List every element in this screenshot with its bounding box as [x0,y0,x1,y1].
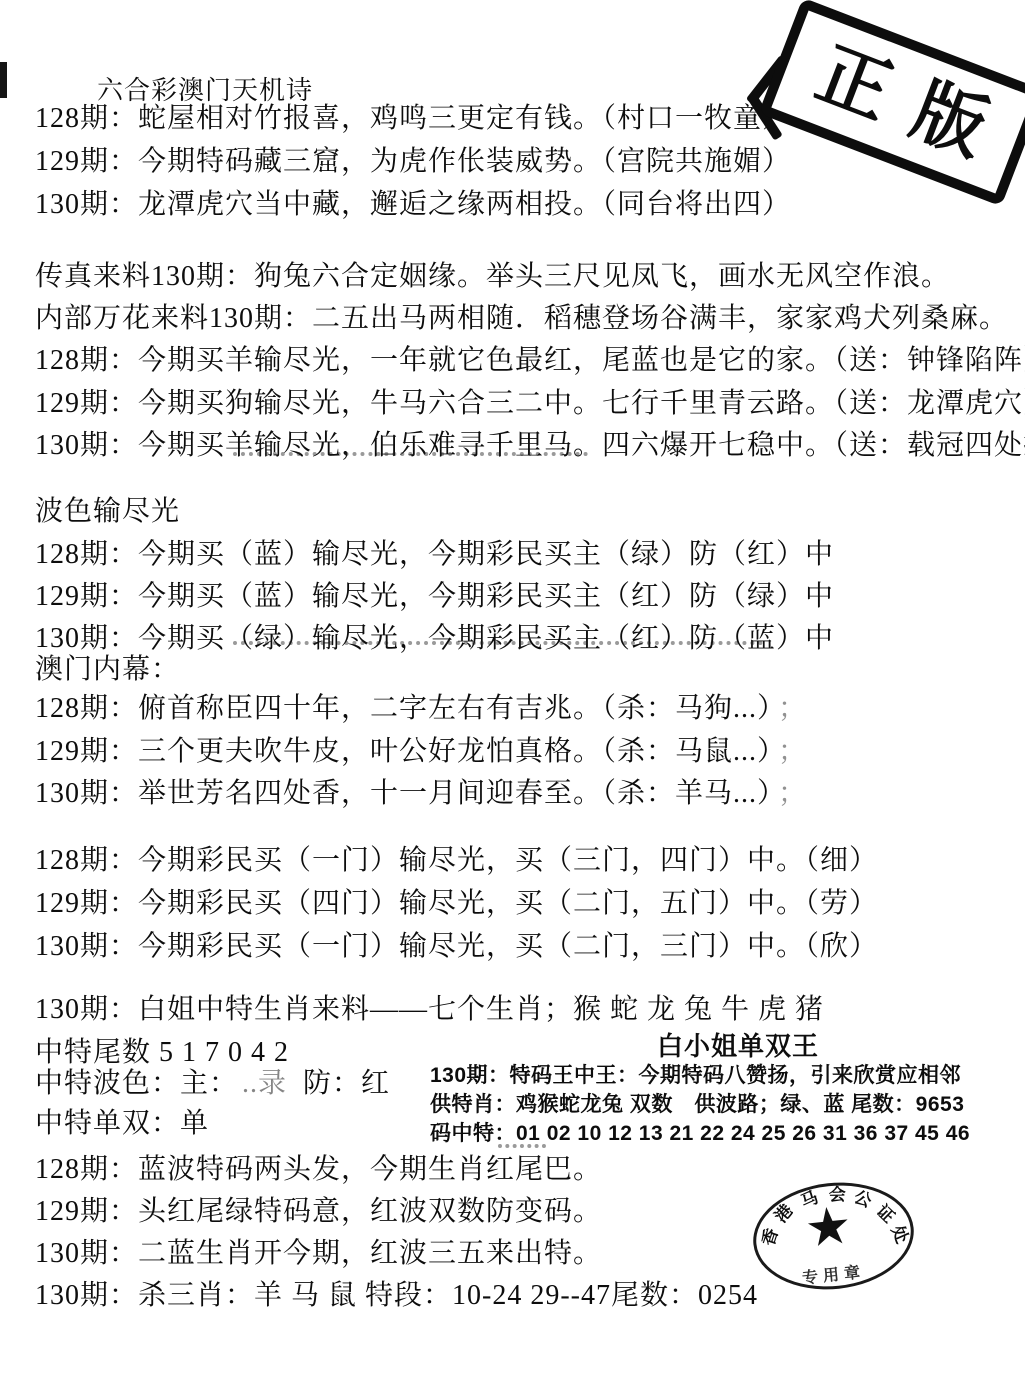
poem-line-130: 130期：龙潭虎穴当中藏，邂逅之缘两相投。（同台将出四） [35,190,791,220]
tianji-sheet: 六合彩澳门天机诗 128期：蛇屋相对竹报喜，鸡鸣三更定有钱。（村口一牧童） 12… [0,0,1025,1388]
baixiaojie-title: 白小姐单双王 [657,1026,819,1063]
internal-source-line: 内部万花来料130期：二五出马两相随．稻穗登场谷满丰，家家鸡犬列桑麻。 [35,304,1008,334]
aomen-line-text: 130期：举世芳名四处香，十一月间迎春至。（杀：羊马...） [35,778,772,809]
aomen-line-text: 128期：俯首称臣四十年，二字左右有吉兆。（杀：马狗...） [35,693,772,724]
scan-artifact-glyph: ； [778,778,807,809]
bose-section-title: 波色输尽光 [35,497,180,527]
seal-arc-char: 公 [852,1188,874,1210]
bose-line-130: 130期：今期买（绿）输尽光，今期彩民买主（红）防（蓝）中 [35,624,834,654]
baixiaojie-line-1: 130期：特码王中王：今期特码八赞扬，引来欣赏应相邻 [430,1064,961,1088]
caimin-line-128: 128期：今期彩民买（一门）输尽光，买（三门，四门）中。（细） [35,846,878,876]
aomen-line-129: 129期：三个更夫吹牛皮，叶公好龙怕真格。（杀：马鼠...）； [35,737,807,767]
aomen-line-128: 128期：俯首称臣四十年，二字左右有吉兆。（杀：马狗...）； [35,694,807,724]
bottom-line-128: 128期：蓝波特码两头发，今期生肖红尾巴。 [35,1155,602,1185]
scan-edge-mark [0,62,7,98]
scan-artifact-glyph: ； [778,693,807,724]
sheet-title: 六合彩澳门天机诗 [97,76,313,106]
aomen-line-130: 130期：举世芳名四处香，十一月间迎春至。（杀：羊马...）； [35,779,807,809]
notary-seal: 香 港 马 会 公 证 处 ★ 专用章 [748,1175,919,1297]
poem-line-128: 128期：蛇屋相对竹报喜，鸡鸣三更定有钱。（村口一牧童） [35,104,791,134]
shengxiao-line: 130期：白姐中特生肖来料——七个生肖；猴 蛇 龙 兔 牛 虎 猪 [35,995,824,1025]
zhongte-weishu-line: 中特尾数 5 1 7 0 4 2 [35,1038,289,1068]
seal-arc-char: 港 [772,1202,796,1226]
baixiaojie-line-3: 码中特：01 02 10 12 13 21 22 24 25 26 31 36 … [430,1122,970,1146]
zhongte-danshuang-line: 中特单双：单 [35,1109,209,1139]
shuguang-line-130: 130期：今期买羊输尽光，伯乐难寻千里马。四六爆开七稳中。（送：载冠四处扬） [35,431,1025,461]
seal-arc-char: 处 [888,1223,910,1245]
bose-line-128: 128期：今期买（蓝）输尽光，今期彩民买主（绿）防（红）中 [35,540,834,570]
zhengban-stamp-label: 正版 [780,26,1024,177]
bose-line-129: 129期：今期买（蓝）输尽光，今期彩民买主（红）防（绿）中 [35,582,834,612]
damaged-glyph: ..录 [242,1068,287,1099]
aomen-line-text: 129期：三个更夫吹牛皮，叶公好龙怕真格。（杀：马鼠...） [35,736,772,767]
seal-arc-char: 证 [873,1202,897,1226]
caimin-line-130: 130期：今期彩民买（一门）输尽光，买（二门，三门）中。（欣） [35,932,878,962]
scan-artifact [498,1144,546,1148]
caimin-line-129: 129期：今期彩民买（四门）输尽光，买（二门，五门）中。（劳） [35,889,878,919]
scan-artifact [233,641,763,645]
shuguang-line-129: 129期：今期买狗输尽光，牛马六合三二中。七行千里青云路。（送：龙潭虎穴） [35,389,1025,419]
shuguang-line-128: 128期：今期买羊输尽光，一年就它色最红，尾蓝也是它的家。（送：钟锋陷阵） [35,346,1025,376]
baixiaojie-line-2: 供特肖：鸡猴蛇龙兔 双数 供波路；绿、蓝 尾数：9653 [430,1093,964,1117]
bottom-line-sha: 130期：杀三肖：羊 马 鼠 特段：10-24 29--47尾数：0254 [35,1281,758,1311]
bottom-line-130: 130期：二蓝生肖开今期，红波三五来出特。 [35,1239,602,1269]
scan-artifact [233,452,588,456]
aomen-section-title: 澳门内幕： [35,655,180,685]
zhongte-bose-suffix: 防：红 [303,1068,390,1099]
bottom-line-129: 129期：头红尾绿特码意，红波双数防变码。 [35,1197,602,1227]
poem-line-129: 129期：今期特码藏三窟，为虎作伥装威势。（宫院共施媚） [35,147,791,177]
fax-source-line: 传真来料130期：狗兔六合定姻缘。举头三尺见凤飞，画水无风空作浪。 [35,262,950,292]
seal-bottom-label: 专用章 [801,1259,866,1288]
scan-artifact-glyph: ； [778,736,807,767]
star-icon: ★ [803,1200,855,1257]
zhengban-stamp: 正版 [758,0,1025,206]
zhongte-bose-line: 中特波色：主：..录防：红 [35,1069,390,1099]
zhongte-bose-prefix: 中特波色：主： [35,1068,238,1099]
seal-arc-char: 香 [760,1226,781,1247]
